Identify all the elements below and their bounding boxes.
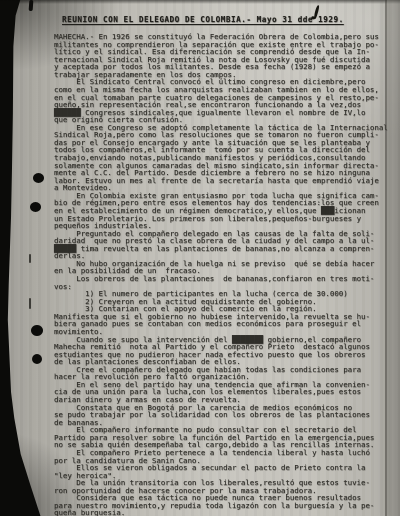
text-line: se pudo trabajar por la solidaridad con … <box>54 411 395 419</box>
document-body: MAHECHA.- En 1926 se constituyó la Feder… <box>54 33 395 516</box>
scan-edge-left <box>0 0 46 516</box>
text-line: █████ tima revuelta en las plantaciones … <box>54 245 395 253</box>
ink-dot-4 <box>32 354 42 364</box>
page-right-margin-shading <box>387 0 400 516</box>
margin-dash-1 <box>29 254 31 263</box>
scan-edge-top <box>0 0 400 4</box>
document-text: REUNION CON EL DELEGADO DE COLOMBIA.- Ma… <box>54 7 395 516</box>
edge-tick-mark <box>29 0 34 11</box>
document-title: REUNION CON EL DELEGADO DE COLOMBIA.- Ma… <box>62 15 344 24</box>
ink-dot-1 <box>33 173 44 183</box>
page-fold-line <box>385 0 387 516</box>
document-page: REUNION CON EL DELEGADO DE COLOMBIA.- Ma… <box>0 0 400 516</box>
margin-dash-2 <box>29 298 31 309</box>
text-line: queña burguesia. <box>54 509 395 516</box>
text-line: Los obreros de las plantaciones de banan… <box>54 275 395 283</box>
text-line: biera ganado pues se contaban con medios… <box>54 320 395 328</box>
ink-dot-2 <box>30 202 41 212</box>
ink-dot-3 <box>31 325 43 336</box>
